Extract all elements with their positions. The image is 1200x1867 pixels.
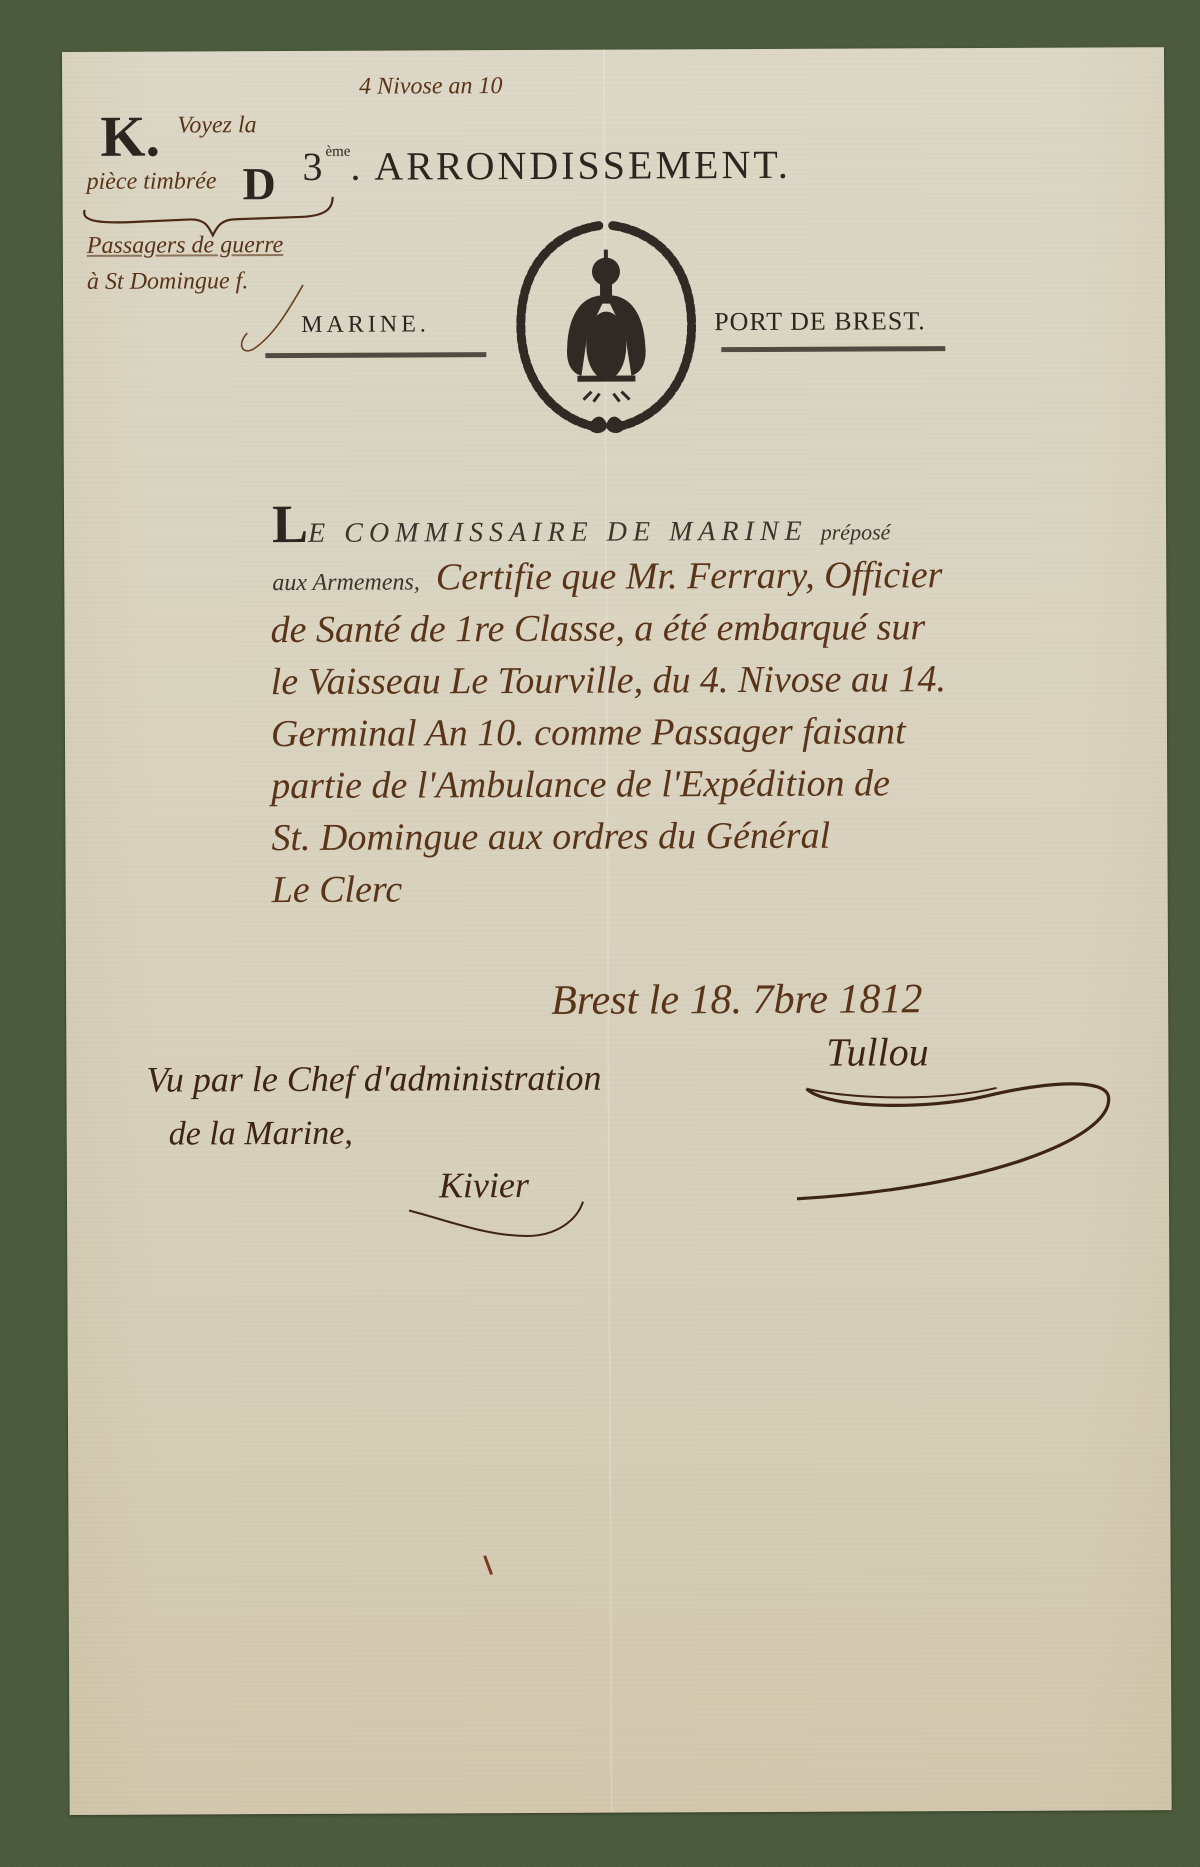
handwritten-line-7: Le Clerc	[272, 871, 403, 910]
port-de-brest-label: PORT DE BREST.	[714, 308, 926, 335]
date-line: Brest le 18. 7bre 1812	[551, 978, 923, 1022]
marine-label: MARINE.	[301, 312, 430, 337]
margin-note-piece-timbree: pièce timbrée	[87, 169, 217, 194]
handwritten-line-3: le Vaisseau Le Tourville, du 4. Nivose a…	[271, 660, 946, 701]
imperial-eagle-wreath-icon	[507, 215, 706, 450]
handwritten-line-4: Germinal An 10. comme Passager faisant	[271, 712, 906, 753]
arrondissement-label: . ARRONDISSEMENT.	[350, 142, 790, 189]
document-sheet: 4 Nivose an 10 K. Voyez la pièce timbrée…	[62, 47, 1172, 1815]
marine-rule	[265, 352, 486, 358]
visa-line-2: de la Marine,	[169, 1117, 353, 1152]
arrondissement-heading: 3ème. ARRONDISSEMENT.	[302, 145, 790, 187]
signature-flourish-icon	[786, 1057, 1127, 1208]
margin-note-passagers: Passagers de guerre	[87, 233, 284, 258]
handwritten-line-6: St. Domingue aux ordres du Général	[271, 817, 830, 857]
visa-flourish-icon	[407, 1200, 607, 1251]
arrondissement-number: 3	[302, 144, 325, 189]
aux-armemens-label: aux Armemens,	[272, 569, 420, 596]
commissaire-title: E COMMISSAIRE DE MARINE	[308, 516, 808, 549]
margin-note-domingue: à St Domingue f.	[87, 269, 248, 294]
margin-note-voyez: Voyez la	[177, 113, 256, 137]
top-annotation: 4 Nivose an 10	[359, 74, 502, 99]
drop-cap-l: L	[272, 494, 308, 554]
handwritten-line-2: de Santé de 1re Classe, a été embarqué s…	[270, 608, 925, 649]
commissaire-heading: LE COMMISSAIRE DE MARINE préposé	[272, 494, 890, 551]
handwritten-line-1: Certifie que Mr. Ferrary, Officier	[436, 554, 943, 598]
body-line-1: aux Armemens, Certifie que Mr. Ferrary, …	[272, 556, 942, 597]
ink-blot-mark	[483, 1555, 493, 1575]
port-rule	[721, 346, 945, 352]
visa-line-1: Vu par le Chef d'administration	[146, 1060, 601, 1098]
letter-k-mark: K.	[100, 108, 160, 166]
arrondissement-suffix: ème	[325, 144, 350, 160]
handwritten-line-5: partie de l'Ambulance de l'Expédition de	[271, 764, 890, 805]
prepose-label: préposé	[821, 519, 891, 544]
